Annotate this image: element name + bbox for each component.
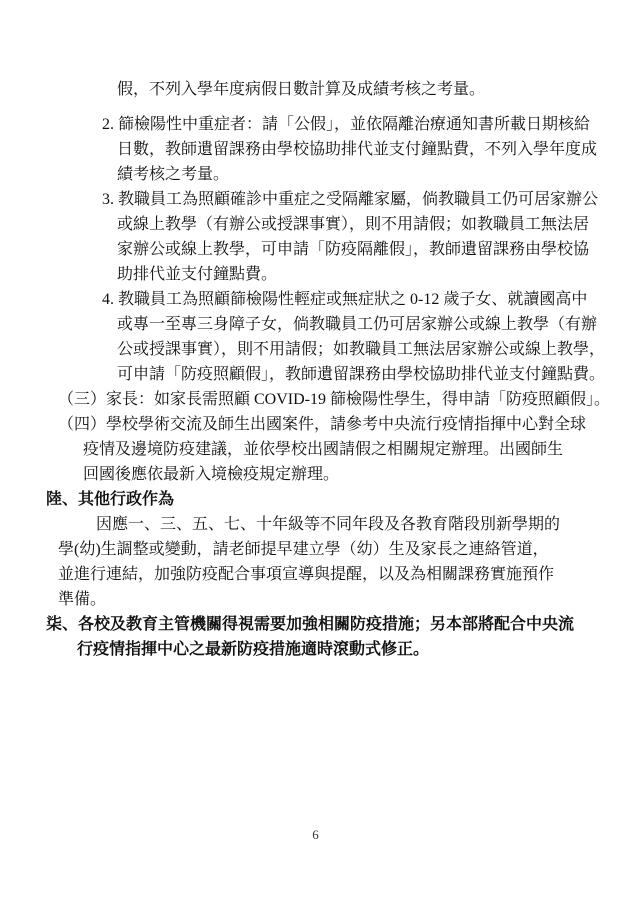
text-line: 公或授課事實），則不用請假；如教職員工無法居家辦公或線上教學， bbox=[117, 337, 631, 362]
section-heading: 陸、其他行政作為 bbox=[46, 487, 631, 512]
text-line: 回國後應依最新入境檢疫規定辦理。 bbox=[83, 462, 631, 487]
text-line: 3. 教職員工為照顧確診中重症之受隔離家屬，倘教職員工仍可居家辦公 bbox=[102, 187, 631, 212]
text-line: 助排代並支付鐘點費。 bbox=[117, 262, 631, 287]
text-line: 家辦公或線上教學，可申請「防疫隔離假」，教師遺留課務由學校協 bbox=[117, 237, 631, 262]
text-line: 2. 篩檢陽性中重症者：請「公假」，並依隔離治療通知書所載日期核給 bbox=[102, 112, 631, 137]
text-line: 行疫情指揮中心之最新防疫措施適時滾動式修正。 bbox=[77, 637, 631, 662]
text-line: 因應一、三、五、七、十年級等不同年段及各教育階段別新學期的 bbox=[96, 512, 631, 537]
text-line: 準備。 bbox=[58, 587, 631, 612]
numbered-item-2: 2. 篩檢陽性中重症者：請「公假」，並依隔離治療通知書所載日期核給 日數，教師遺… bbox=[0, 112, 631, 187]
text-line: 假，不列入學年度病假日數計算及成績考核之考量。 bbox=[117, 77, 631, 102]
numbered-item-3: 3. 教職員工為照顧確診中重症之受隔離家屬，倘教職員工仍可居家辦公 或線上教學（… bbox=[0, 187, 631, 287]
section-qi: 柒、各校及教育主管機關得視需要加強相關防疫措施；另本部將配合中央流 行疫情指揮中… bbox=[0, 612, 631, 662]
text-line: （三）家長：如家長需照顧 COVID-19 篩檢陽性學生，得申請「防疫照顧假」。 bbox=[58, 387, 631, 412]
previous-item-continuation: 假，不列入學年度病假日數計算及成績考核之考量。 bbox=[0, 77, 631, 102]
text-line: 或專一至專三身障子女，倘教職員工仍可居家辦公或線上教學（有辦 bbox=[117, 312, 631, 337]
text-line: 疫情及邊境防疫建議，並依學校出國請假之相關規定辦理。出國師生 bbox=[83, 437, 631, 462]
text-line: 學(幼)生調整或變動，請老師提早建立學（幼）生及家長之連絡管道， bbox=[58, 537, 631, 562]
text-line: 可申請「防疫照顧假」，教師遺留課務由學校協助排代並支付鐘點費。 bbox=[117, 362, 631, 387]
text-line: 績考核之考量。 bbox=[117, 162, 631, 187]
document-page: 假，不列入學年度病假日數計算及成績考核之考量。 2. 篩檢陽性中重症者：請「公假… bbox=[0, 0, 631, 897]
text-line: 並進行連結，加強防疫配合事項宣導與提醒，以及為相關課務實施預作 bbox=[58, 562, 631, 587]
sub-item-4-travel: （四）學校學術交流及師生出國案件，請參考中央流行疫情指揮中心對全球 疫情及邊境防… bbox=[0, 412, 631, 487]
text-line: （四）學校學術交流及師生出國案件，請參考中央流行疫情指揮中心對全球 bbox=[58, 412, 631, 437]
numbered-item-4: 4. 教職員工為照顧篩檢陽性輕症或無症狀之 0-12 歲子女、就讀國高中 或專一… bbox=[0, 287, 631, 387]
text-line: 4. 教職員工為照顧篩檢陽性輕症或無症狀之 0-12 歲子女、就讀國高中 bbox=[102, 287, 631, 312]
page-number: 6 bbox=[0, 827, 631, 843]
section-heading: 柒、各校及教育主管機關得視需要加強相關防疫措施；另本部將配合中央流 bbox=[46, 612, 631, 637]
sub-item-3-parents: （三）家長：如家長需照顧 COVID-19 篩檢陽性學生，得申請「防疫照顧假」。 bbox=[0, 387, 631, 412]
text-line: 或線上教學（有辦公或授課事實），則不用請假；如教職員工無法居 bbox=[117, 212, 631, 237]
text-line: 日數，教師遺留課務由學校協助排代並支付鐘點費，不列入學年度成 bbox=[117, 137, 631, 162]
section-liu: 陸、其他行政作為 因應一、三、五、七、十年級等不同年段及各教育階段別新學期的 學… bbox=[0, 487, 631, 612]
